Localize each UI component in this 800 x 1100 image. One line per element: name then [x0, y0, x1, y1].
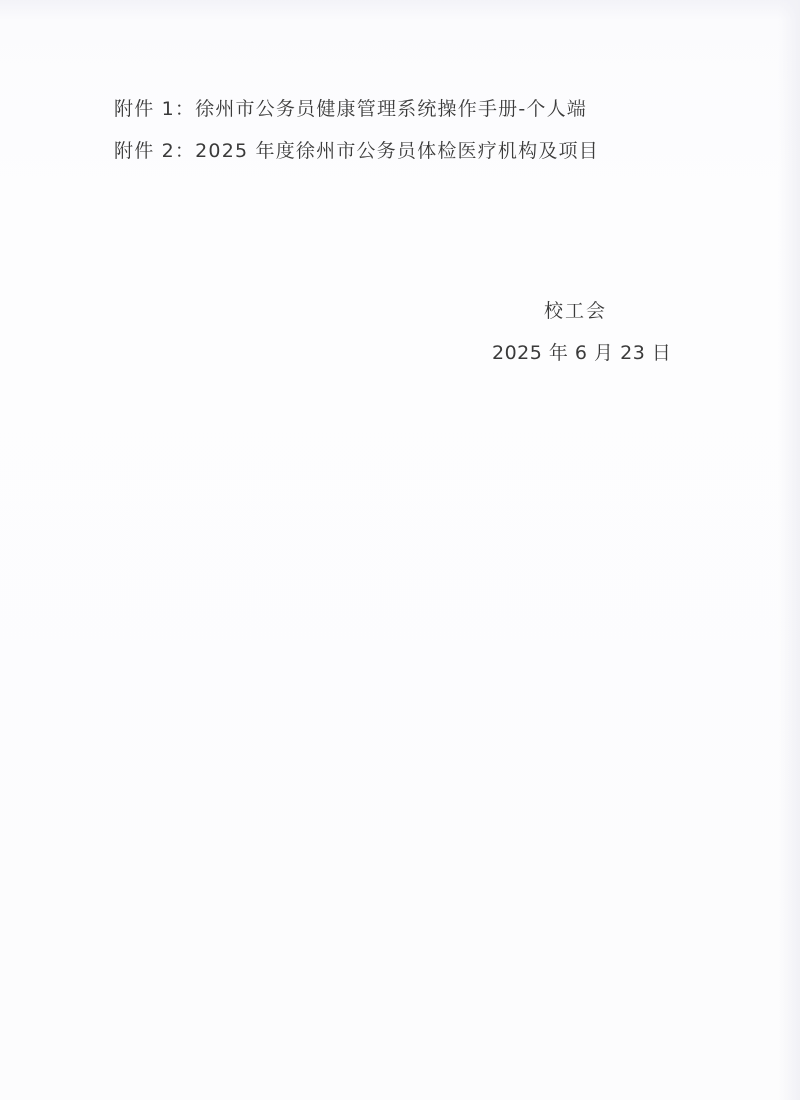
- attachment-2-title: 2025 年度徐州市公务员体检医疗机构及项目: [195, 140, 599, 162]
- signature-organization: 校工会: [544, 296, 607, 323]
- document-page: 附件 1：徐州市公务员健康管理系统操作手册-个人端 附件 2：2025 年度徐州…: [0, 0, 800, 1100]
- signature-date: 2025 年 6 月 23 日: [492, 338, 671, 365]
- page-edge-shading: [778, 0, 800, 1100]
- attachment-2-label: 附件 2：: [114, 140, 195, 162]
- attachment-2: 附件 2：2025 年度徐州市公务员体检医疗机构及项目: [114, 136, 599, 163]
- attachment-1-title: 徐州市公务员健康管理系统操作手册-个人端: [195, 98, 587, 120]
- attachment-1-label: 附件 1：: [114, 98, 195, 120]
- attachment-1: 附件 1：徐州市公务员健康管理系统操作手册-个人端: [114, 94, 587, 121]
